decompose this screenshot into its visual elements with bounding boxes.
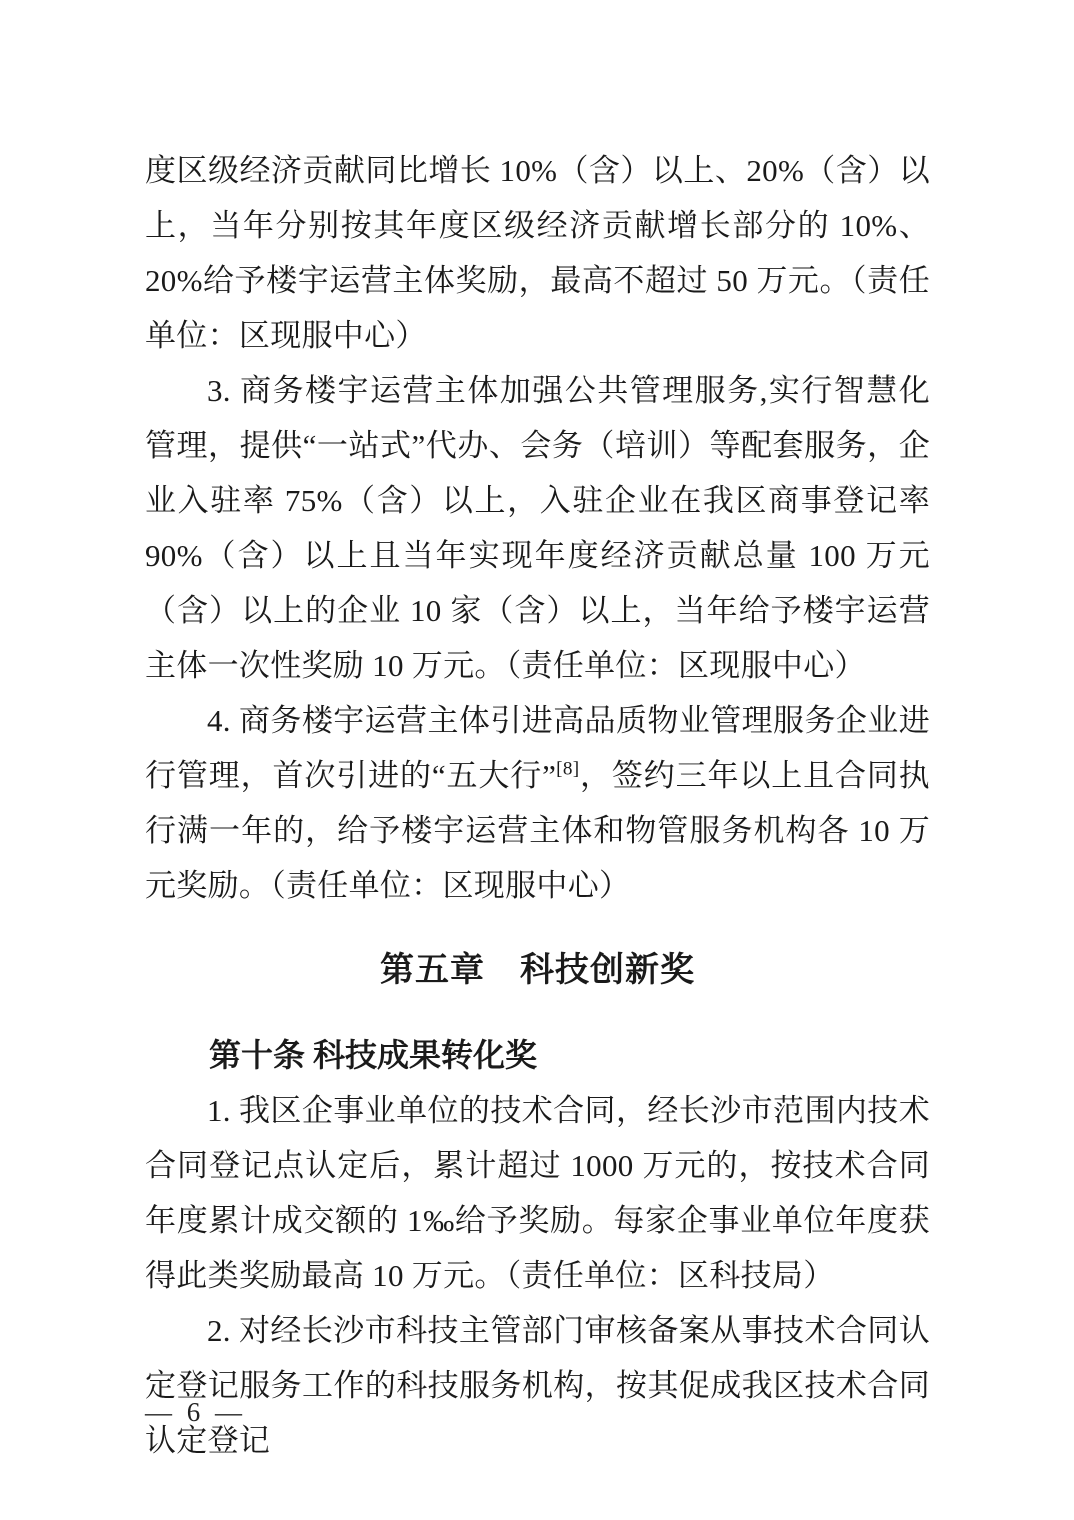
paragraph-item-2: 2. 对经长沙市科技主管部门审核备案从事技术合同认定登记服务工作的科技服务机构，… xyxy=(145,1303,930,1468)
chapter-heading: 第五章 科技创新奖 xyxy=(145,943,930,998)
paragraph-item-1: 1. 我区企事业单位的技术合同，经长沙市范围内技术合同登记点认定后，累计超过 1… xyxy=(145,1083,930,1303)
page-footer: — 6 — xyxy=(145,1392,246,1432)
document-body: 度区级经济贡献同比增长 10%（含）以上、20%（含）以上，当年分别按其年度区级… xyxy=(145,143,930,1468)
document-page: 度区级经济贡献同比增长 10%（含）以上、20%（含）以上，当年分别按其年度区级… xyxy=(0,0,1074,1520)
article-heading: 第十条 科技成果转化奖 xyxy=(145,1028,930,1083)
page-number: — 6 — xyxy=(145,1397,246,1427)
paragraph-continuation: 度区级经济贡献同比增长 10%（含）以上、20%（含）以上，当年分别按其年度区级… xyxy=(145,143,930,363)
footnote-reference-8: [8] xyxy=(556,759,579,780)
paragraph-item-3: 3. 商务楼宇运营主体加强公共管理服务,实行智慧化管理，提供“一站式”代办、会务… xyxy=(145,363,930,693)
paragraph-item-4: 4. 商务楼宇运营主体引进高品质物业管理服务企业进行管理，首次引进的“五大行”[… xyxy=(145,693,930,913)
